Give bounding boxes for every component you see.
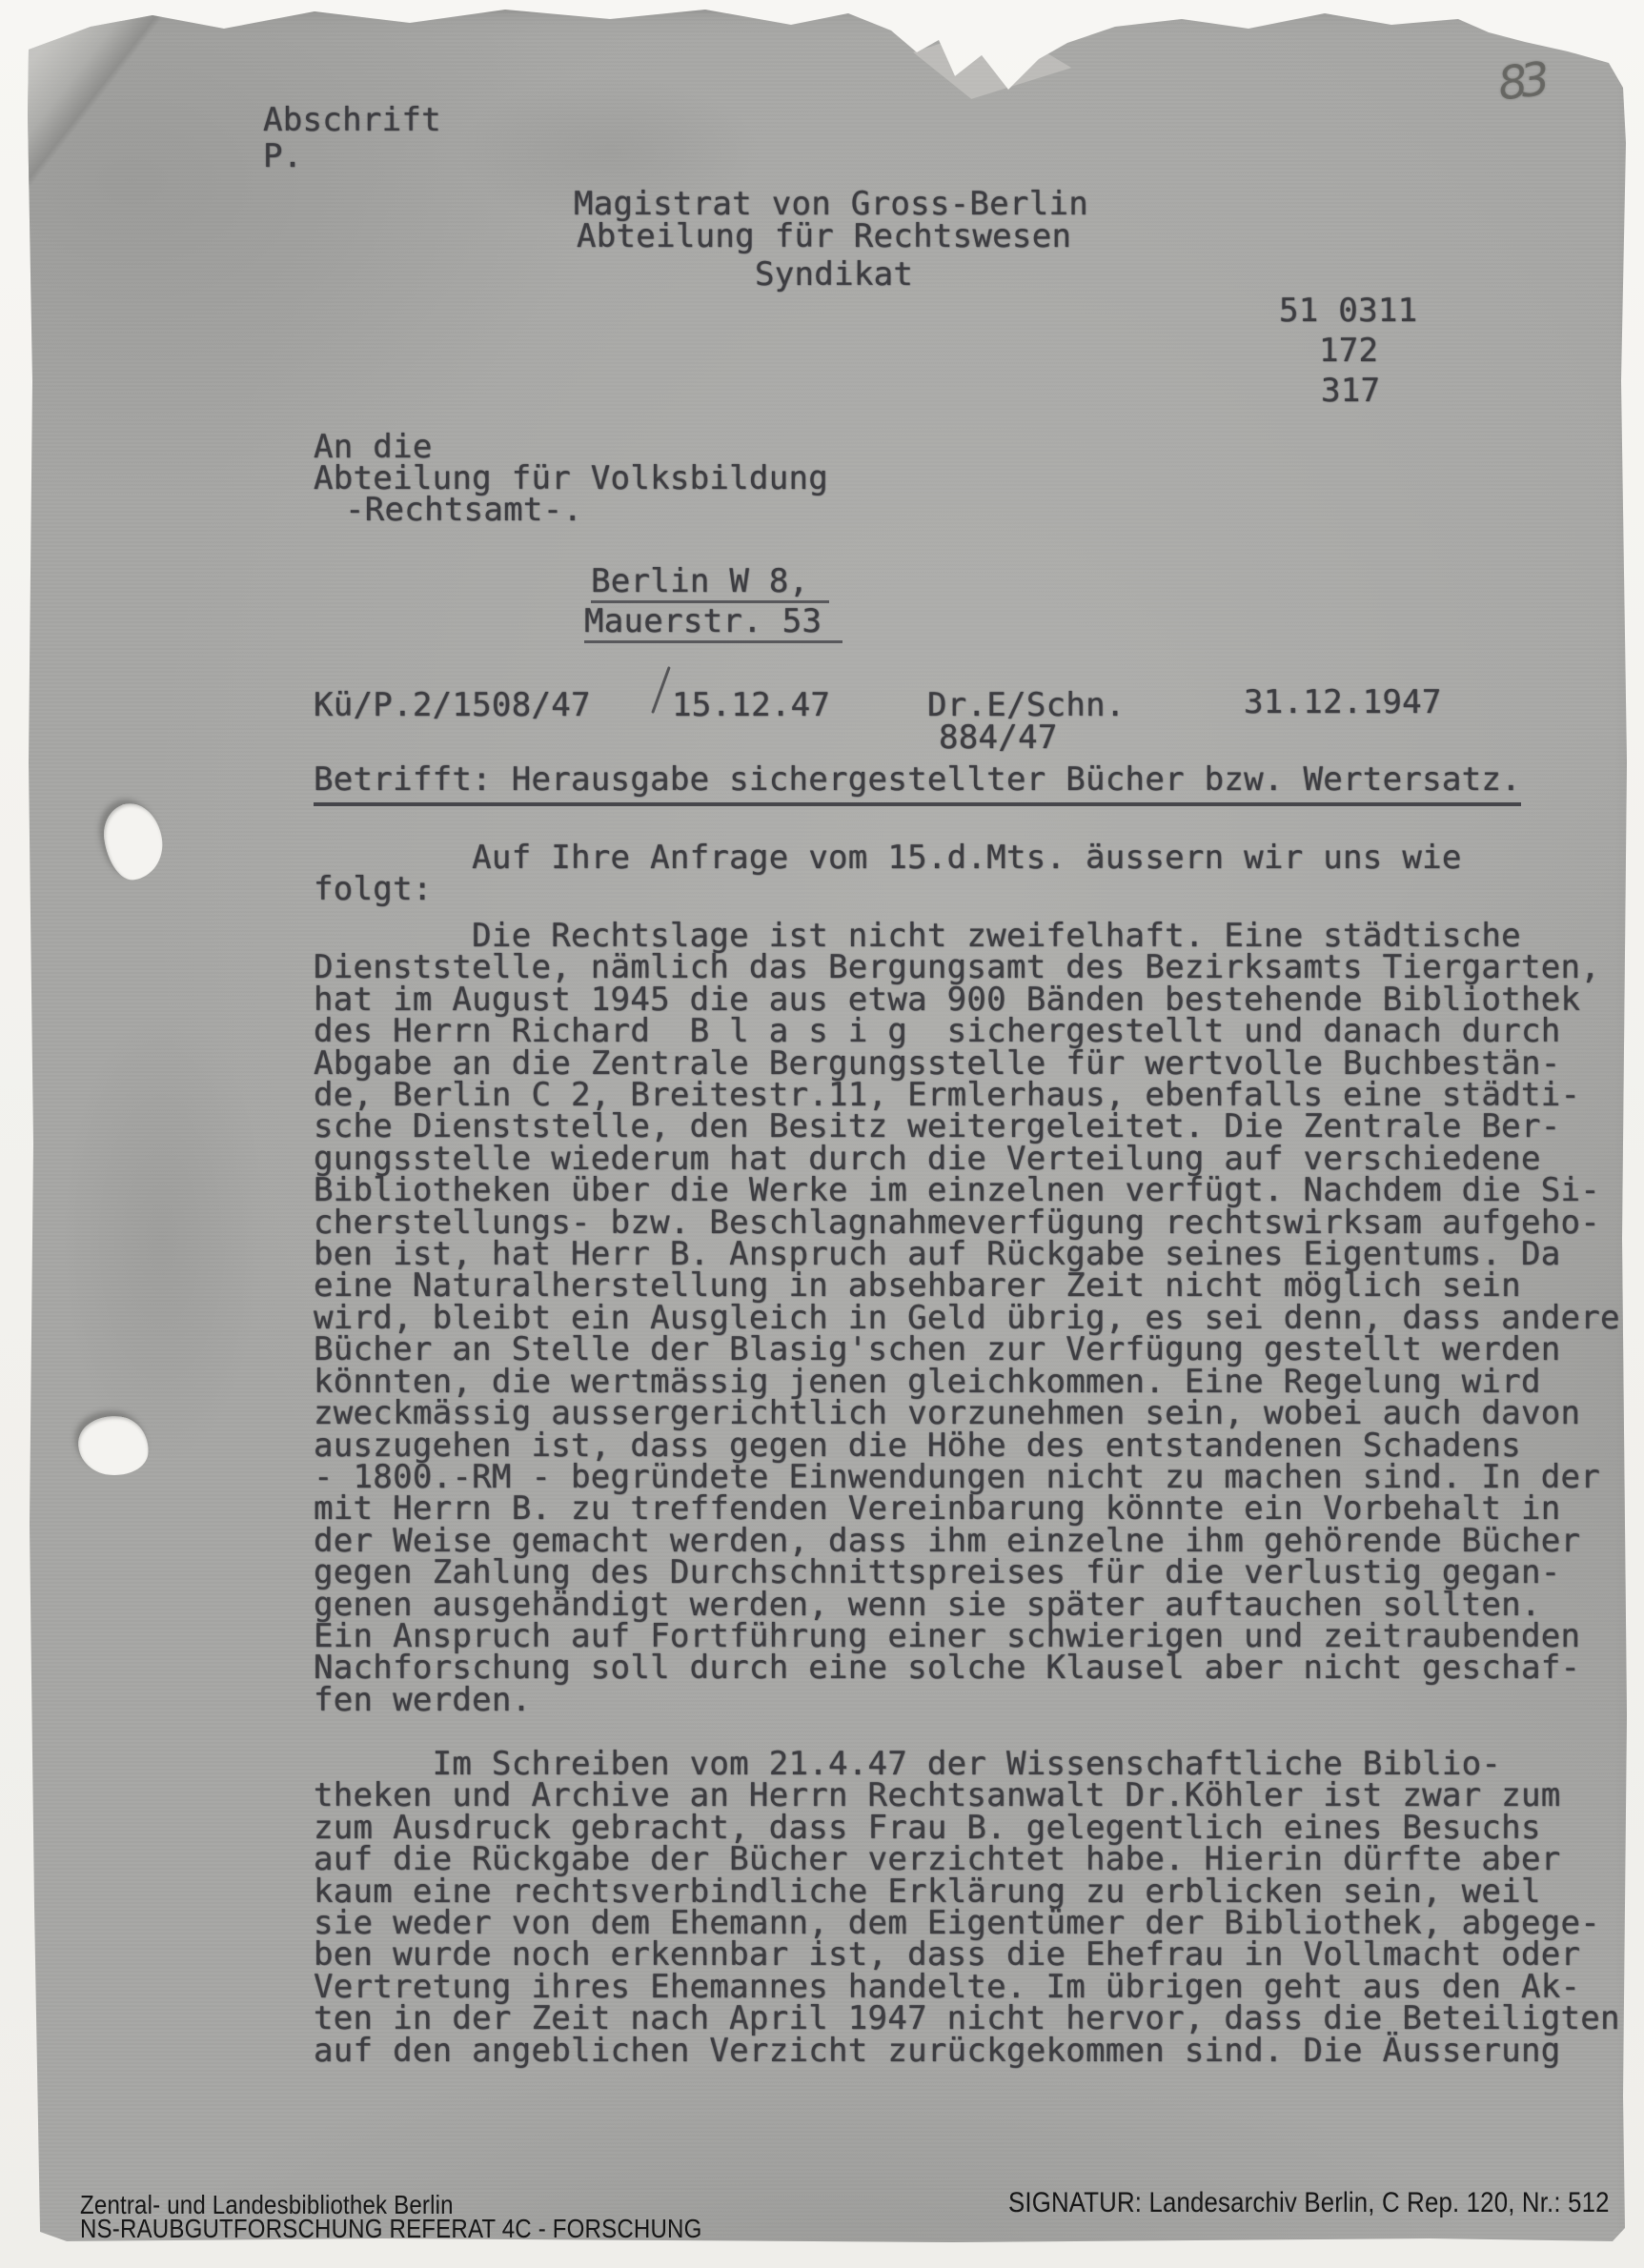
typed-line: sie weder von dem Ehemann, dem Eigentüme… [314, 1908, 1620, 1939]
library-stamp-line2: NS-RAUBGUTFORSCHUNG REFERAT 4C - FORSCHU… [80, 2214, 702, 2244]
body-paragraph-2: Im Schreiben vom 21.4.47 der Wissenschaf… [314, 1749, 1620, 2067]
typed-line: gegen Zahlung des Durchschnittspreises f… [314, 1557, 1620, 1589]
typed-line: genen ausgehändigt werden, wenn sie spät… [314, 1590, 1620, 1621]
body-paragraph-1: Die Rechtslage ist nicht zweifelhaft. Ei… [314, 921, 1620, 1716]
punch-hole-bottom [75, 1412, 152, 1478]
typed-line: theken und Archive an Herrn Rechtsanwalt… [314, 1780, 1620, 1812]
handwritten-page-number: 83 [1495, 52, 1547, 111]
subject-line: Betrifft: Herausgabe sichergestellter Bü… [314, 762, 1521, 806]
typed-line: zweckmässig aussergerichtlich vorzunehme… [314, 1398, 1620, 1429]
typed-line: Ein Anspruch auf Fortführung einer schwi… [314, 1621, 1620, 1652]
typed-line: ten in der Zeit nach April 1947 nicht he… [314, 2003, 1620, 2035]
file-number-2: 172 [1319, 334, 1378, 368]
typed-line: fen werden. [314, 1685, 1620, 1716]
typed-line: eine Naturalherstellung in absehbarer Ze… [314, 1270, 1620, 1302]
typed-line: Vertretung ihres Ehemannes handelte. Im … [314, 1972, 1620, 2003]
typed-line: Auf Ihre Anfrage vom 15.d.Mts. äussern w… [314, 842, 1462, 874]
reference-number: Kü/P.2/1508/47 [314, 688, 591, 722]
typed-line: Nachforschung soll durch eine solche Kla… [314, 1652, 1620, 1684]
typed-line: gungsstelle wiederum hat durch die Verte… [314, 1144, 1620, 1175]
letterhead-line1: Magistrat von Gross-Berlin [574, 187, 1088, 221]
typed-line: folgt: [314, 874, 1462, 905]
typed-line: auf den angeblichen Verzicht zurückgekom… [314, 2035, 1620, 2067]
reference-clerk: Dr.E/Schn. [927, 688, 1126, 722]
scanned-letter-page: { "colors":{ "paper":"#a7a7a5", "ink":"#… [0, 0, 1644, 2268]
typed-line: auszugehen ist, dass gegen die Höhe des … [314, 1430, 1620, 1462]
typed-line: mit Herrn B. zu treffenden Vereinbarung … [314, 1493, 1620, 1525]
address-street: Mauerstr. 53 [584, 604, 842, 643]
paper-fold-crease [6, 15, 211, 249]
typed-line: - 1800.-RM - begründete Einwendungen nic… [314, 1462, 1620, 1493]
typed-line: zum Ausdruck gebracht, dass Frau B. gele… [314, 1812, 1620, 1844]
typed-line: kaum eine rechtsverbindliche Erklärung z… [314, 1876, 1620, 1908]
typed-line: wird, bleibt ein Ausgleich in Geld übrig… [314, 1303, 1620, 1334]
typed-line: Abgabe an die Zentrale Bergungsstelle fü… [314, 1048, 1620, 1080]
typed-line: hat im August 1945 die aus etwa 900 Bänd… [314, 984, 1620, 1016]
body-intro: Auf Ihre Anfrage vom 15.d.Mts. äussern w… [314, 842, 1462, 906]
typed-line: Bücher an Stelle der Blasig'schen zur Ve… [314, 1334, 1620, 1366]
letterhead-line3: Syndikat [755, 257, 913, 292]
file-number-3: 317 [1321, 374, 1380, 408]
reference-clerk-number: 884/47 [939, 720, 1058, 755]
typed-line: Im Schreiben vom 21.4.47 der Wissenschaf… [314, 1749, 1620, 1780]
typed-line: Dienststelle, nämlich das Bergungsamt de… [314, 952, 1620, 983]
typed-line: ben ist, hat Herr B. Anspruch auf Rückga… [314, 1239, 1620, 1270]
address-city: Berlin W 8, [591, 564, 829, 603]
typed-line: Bibliotheken über die Werke im einzelnen… [314, 1175, 1620, 1206]
typed-line: könnten, die wertmässig jenen gleichkomm… [314, 1367, 1620, 1398]
paper-smudge [57, 1001, 267, 1477]
typed-line: ben wurde noch erkennbar ist, dass die E… [314, 1939, 1620, 1971]
typed-line: Die Rechtslage ist nicht zweifelhaft. Ei… [314, 921, 1620, 952]
copy-note-line2: P. [263, 139, 303, 173]
paper-sheet: 83 Abschrift P. Magistrat von Gross-Berl… [0, 0, 1644, 2268]
reference-date-received: 15.12.47 [672, 688, 830, 722]
typed-line: de, Berlin C 2, Breitestr.11, Ermlerhaus… [314, 1080, 1620, 1111]
typed-line: sche Dienststelle, den Besitz weitergele… [314, 1111, 1620, 1143]
handwritten-tick-mark [651, 666, 671, 714]
letter-date: 31.12.1947 [1244, 685, 1442, 719]
file-number-1: 51 0311 [1279, 294, 1417, 328]
typed-line: auf die Rückgabe der Bücher verzichtet h… [314, 1844, 1620, 1875]
torn-edge-flap [913, 25, 1080, 103]
recipient-line3: -Rechtsamt-. [345, 493, 582, 527]
letterhead-line2: Abteilung für Rechtswesen [577, 219, 1071, 253]
punch-hole-top [100, 800, 168, 883]
typed-line: cherstellungs- bzw. Beschlagnahmeverfügu… [314, 1207, 1620, 1239]
copy-note-line1: Abschrift [263, 103, 441, 137]
typed-line: der Weise gemacht werden, dass ihm einze… [314, 1526, 1620, 1557]
typed-line: des Herrn Richard B l a s i g sichergest… [314, 1016, 1620, 1047]
archive-signature: SIGNATUR: Landesarchiv Berlin, C Rep. 12… [1008, 2187, 1610, 2219]
